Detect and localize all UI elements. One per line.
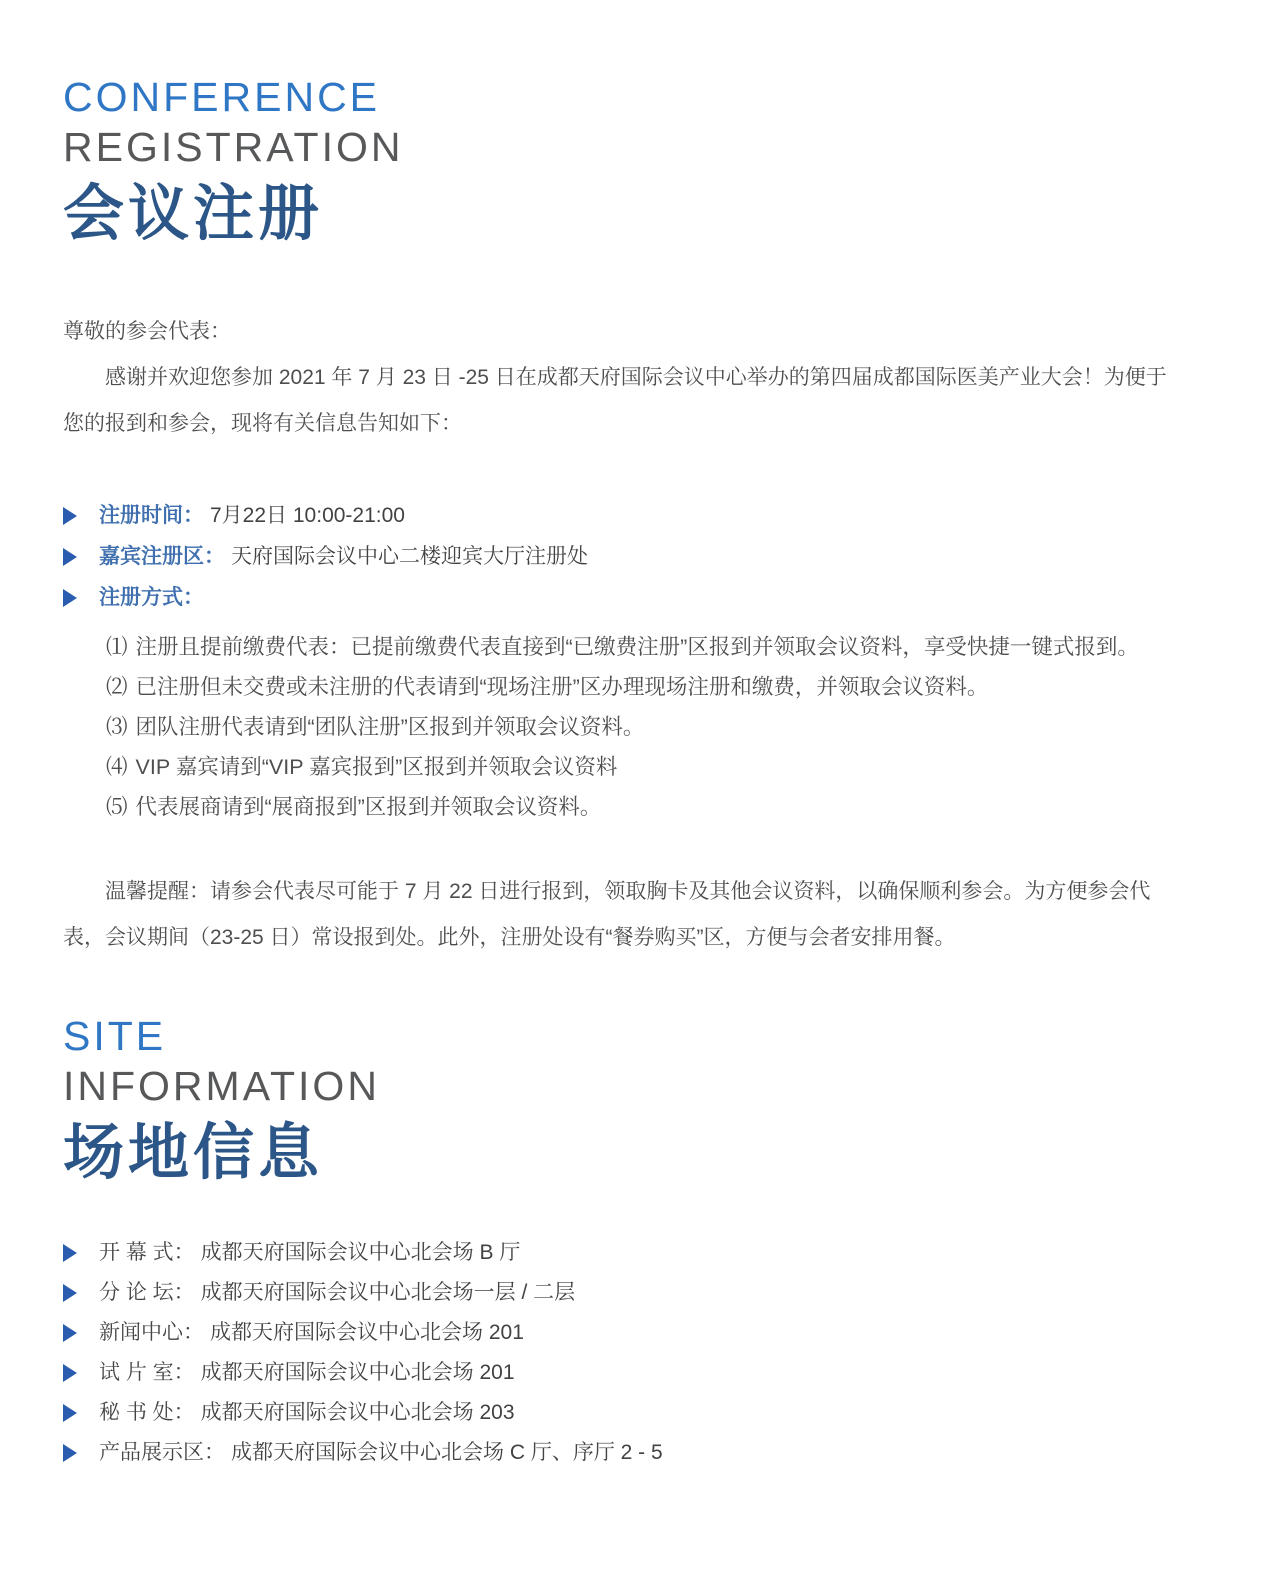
triangle-bullet-icon [63,507,77,525]
triangle-bullet-icon [63,1244,77,1262]
reminder-paragraph: 温馨提醒：请参会代表尽可能于 7 月 22 日进行报到，领取胸卡及其他会议资料，… [63,869,1180,961]
guest-registration-area-value: 天府国际会议中心二楼迎宾大厅注册处 [231,544,588,570]
list-item: 新闻中心： 成都天府国际会议中心北会场 201 [63,1320,1180,1346]
site-heading-english-line1: SITE [63,1011,1180,1061]
triangle-bullet-icon [63,589,77,607]
intro-paragraph: 感谢并欢迎您参加 2021 年 7 月 23 日 -25 日在成都天府国际会议中… [63,355,1180,447]
registration-time-value: 7月22日 10:00-21:00 [210,503,405,529]
list-item: 产品展示区： 成都天府国际会议中心北会场 C 厅、序厅 2 - 5 [63,1440,1180,1466]
registration-heading-chinese: 会议注册 [63,180,1180,247]
secretariat-label: 秘 书 处： [99,1400,195,1426]
method-item-1: ⑴注册且提前缴费代表：已提前缴费代表直接到“已缴费注册”区报到并领取会议资料，享… [63,627,1180,667]
list-item: 注册时间： 7月22日 10:00-21:00 [63,503,1180,529]
triangle-bullet-icon [63,1404,77,1422]
method-number: ⑶ [106,715,128,739]
registration-heading-english-line1: CONFERENCE [63,72,1180,122]
site-heading-chinese: 场地信息 [63,1119,1180,1186]
secretariat-value: 成都天府国际会议中心北会场 203 [201,1400,515,1426]
method-text: 已注册但未交费或未注册的代表请到“现场注册”区办理现场注册和缴费，并领取会议资料… [136,675,989,699]
method-number: ⑵ [106,675,128,699]
list-item: 分 论 坛： 成都天府国际会议中心北会场一层 / 二层 [63,1280,1180,1306]
registration-method-label: 注册方式： [99,585,204,611]
method-number: ⑷ [106,755,128,779]
sub-forum-value: 成都天府国际会议中心北会场一层 / 二层 [201,1280,576,1306]
method-text: 注册且提前缴费代表：已提前缴费代表直接到“已缴费注册”区报到并领取会议资料，享受… [136,635,1139,659]
registration-heading-block: CONFERENCE REGISTRATION 会议注册 [63,72,1180,247]
method-text: VIP 嘉宾请到“VIP 嘉宾报到”区报到并领取会议资料 [136,755,618,779]
opening-ceremony-value: 成都天府国际会议中心北会场 B 厅 [201,1240,521,1266]
method-item-3: ⑶团队注册代表请到“团队注册”区报到并领取会议资料。 [63,707,1180,747]
triangle-bullet-icon [63,1444,77,1462]
list-item: 秘 书 处： 成都天府国际会议中心北会场 203 [63,1400,1180,1426]
guest-registration-area-label: 嘉宾注册区： [99,544,225,570]
conference-registration-section: CONFERENCE REGISTRATION 会议注册 尊敬的参会代表： 感谢… [63,72,1180,961]
press-center-value: 成都天府国际会议中心北会场 201 [210,1320,524,1346]
triangle-bullet-icon [63,1364,77,1382]
site-info-list: 开 幕 式： 成都天府国际会议中心北会场 B 厅 分 论 坛： 成都天府国际会议… [63,1240,1180,1466]
method-item-5: ⑸代表展商请到“展商报到”区报到并领取会议资料。 [63,787,1180,827]
triangle-bullet-icon [63,548,77,566]
method-item-4: ⑷VIP 嘉宾请到“VIP 嘉宾报到”区报到并领取会议资料 [63,747,1180,787]
method-number: ⑸ [106,795,128,819]
list-item: 注册方式： [63,585,1180,611]
opening-ceremony-label: 开 幕 式： [99,1240,195,1266]
method-text: 团队注册代表请到“团队注册”区报到并领取会议资料。 [136,715,645,739]
list-item: 嘉宾注册区： 天府国际会议中心二楼迎宾大厅注册处 [63,544,1180,570]
registration-heading-english-line2: REGISTRATION [63,122,1180,172]
document-page: CONFERENCE REGISTRATION 会议注册 尊敬的参会代表： 感谢… [0,0,1280,1581]
product-exhibition-area-label: 产品展示区： [99,1440,225,1466]
screening-room-value: 成都天府国际会议中心北会场 201 [201,1360,515,1386]
list-item: 试 片 室： 成都天府国际会议中心北会场 201 [63,1360,1180,1386]
press-center-label: 新闻中心： [99,1320,204,1346]
registration-info-list: 注册时间： 7月22日 10:00-21:00 嘉宾注册区： 天府国际会议中心二… [63,503,1180,611]
registration-time-label: 注册时间： [99,503,204,529]
triangle-bullet-icon [63,1284,77,1302]
method-number: ⑴ [106,635,128,659]
screening-room-label: 试 片 室： [99,1360,195,1386]
registration-methods-list: ⑴注册且提前缴费代表：已提前缴费代表直接到“已缴费注册”区报到并领取会议资料，享… [63,627,1180,827]
method-text: 代表展商请到“展商报到”区报到并领取会议资料。 [136,795,602,819]
sub-forum-label: 分 论 坛： [99,1280,195,1306]
site-heading-block: SITE INFORMATION 场地信息 [63,1011,1180,1186]
site-information-section: SITE INFORMATION 场地信息 开 幕 式： 成都天府国际会议中心北… [63,1011,1180,1466]
list-item: 开 幕 式： 成都天府国际会议中心北会场 B 厅 [63,1240,1180,1266]
salutation-line: 尊敬的参会代表： [63,309,1180,355]
product-exhibition-area-value: 成都天府国际会议中心北会场 C 厅、序厅 2 - 5 [231,1440,663,1466]
triangle-bullet-icon [63,1324,77,1342]
method-item-2: ⑵已注册但未交费或未注册的代表请到“现场注册”区办理现场注册和缴费，并领取会议资… [63,667,1180,707]
site-heading-english-line2: INFORMATION [63,1061,1180,1111]
